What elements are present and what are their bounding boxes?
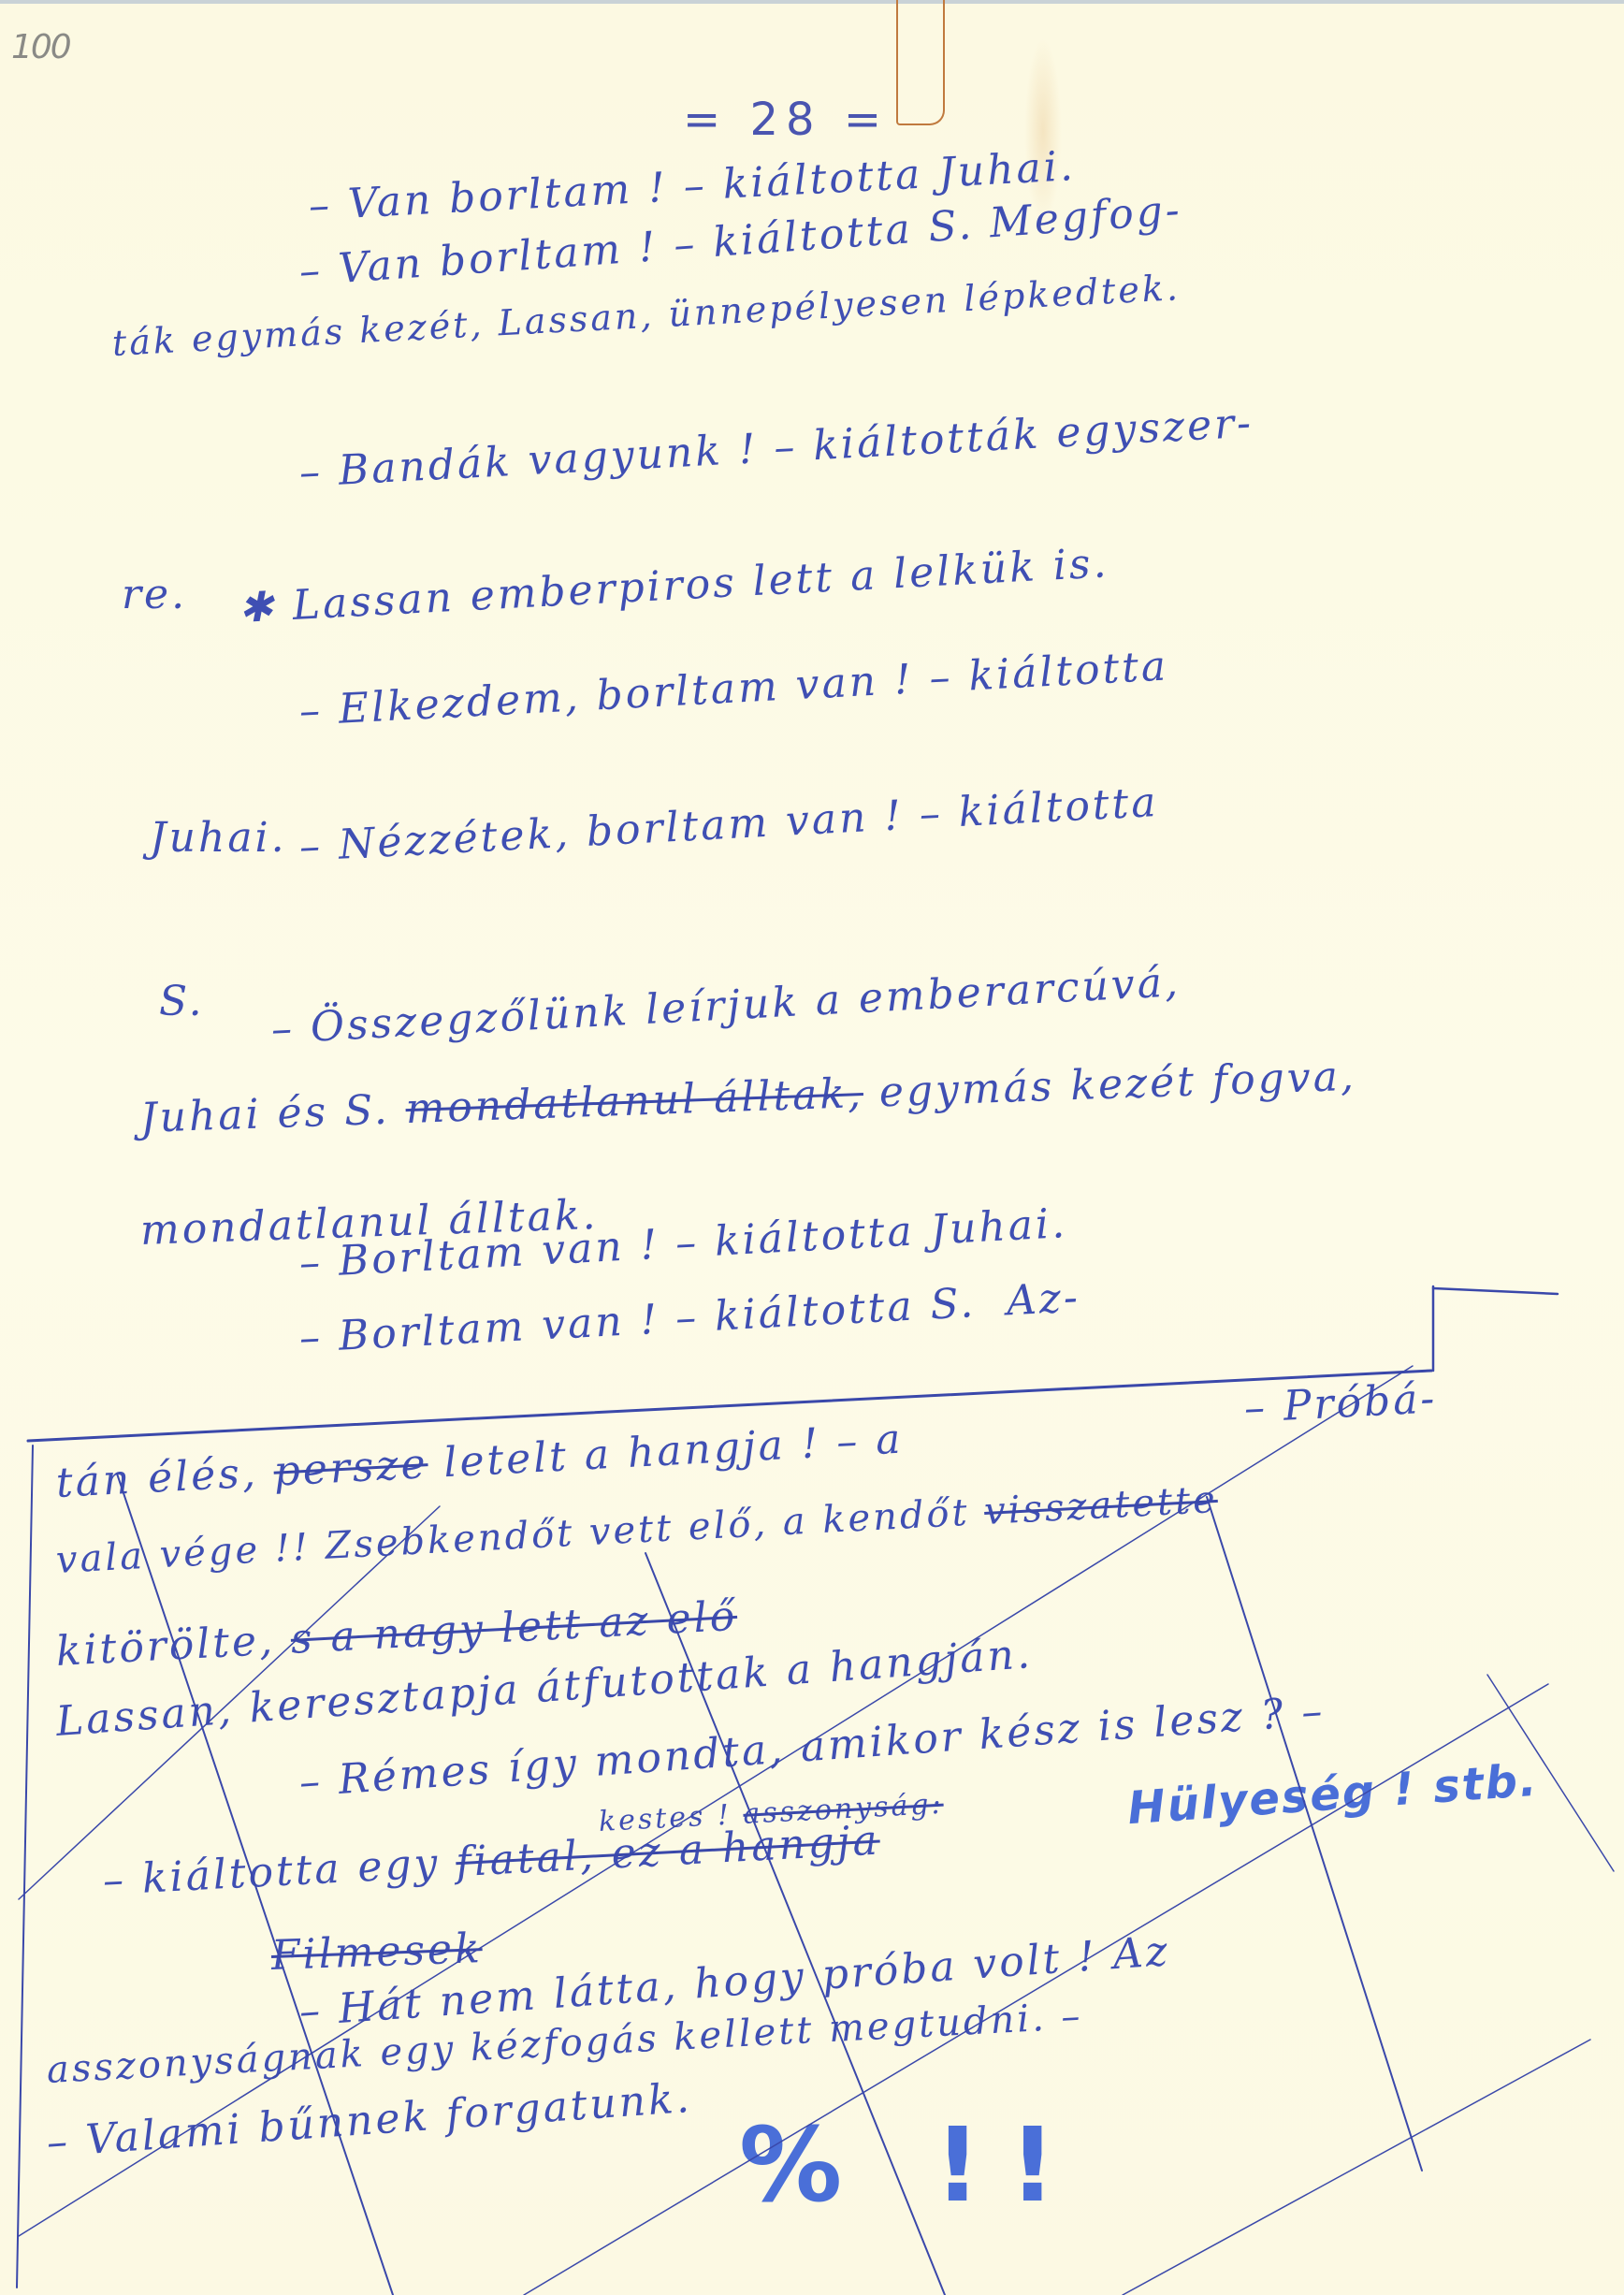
boxed-line-9-struck: Filmesek — [270, 1925, 483, 1980]
manuscript-line-4: – Bandák vagyunk ! – kiáltották egyszer- — [298, 399, 1255, 497]
boxed-line-3-seg-1: vala vége !! Zsebkendőt vett elő, a kend… — [55, 1490, 986, 1582]
manuscript-line-7: – Elkezdem, borltam van ! – kiáltotta — [298, 642, 1170, 735]
manuscript-line-12: Juhai és S. mondatlanul álltak, egymás k… — [139, 1053, 1357, 1142]
boxed-line-4-seg-1: kitörölte, — [55, 1616, 293, 1676]
manuscript-line-10: S. — [159, 978, 205, 1025]
boxed-line-2-seg-1: tán élés, — [55, 1448, 275, 1507]
line-15-continuation: Az- — [1006, 1273, 1081, 1325]
line-6-text: Lassan emberpiros lett a lelkük is. — [291, 539, 1109, 630]
manuscript-line-3: ták egymás kezét, Lassan, ünnepélyesen l… — [111, 267, 1182, 364]
manuscript-line-8: Juhai. — [150, 814, 287, 862]
line-15-text: – Borltam van ! – kiáltotta S. — [298, 1279, 978, 1362]
manuscript-line-15: – Borltam van ! – kiáltotta S. Az- — [298, 1273, 1081, 1362]
boxed-line-8-struck: fiatal, ez a hangja — [455, 1817, 881, 1887]
page-number: = 28 = — [683, 94, 889, 146]
annotation-note: Hülyeség ! stb. — [1126, 1754, 1540, 1836]
manuscript-line-5: re. — [122, 571, 187, 618]
manuscript-line-9: – Nézzétek, borltam van ! – kiáltotta — [298, 778, 1160, 871]
boxed-line-2-seg-3: letelt a hangja ! – a — [427, 1416, 905, 1489]
boxed-line-2: tán élés, persze letelt a hangja ! – a — [55, 1416, 905, 1507]
boxed-line-4-struck: s a nagy lett az elő — [290, 1592, 739, 1663]
line-12-seg-3: egymás kezét fogva, — [863, 1053, 1357, 1117]
page-top-edge — [0, 0, 1624, 4]
boxed-line-3-struck: visszatette — [983, 1478, 1219, 1533]
boxed-line-8-seg-1: – kiáltotta egy — [102, 1838, 457, 1905]
line-12-seg-1: Juhai és S. — [139, 1085, 406, 1142]
boxed-line-8: – kiáltotta egy fiatal, ez a hangja — [102, 1817, 881, 1905]
boxed-line-2-struck: persze — [272, 1440, 428, 1496]
bottom-exclamation-mark: % !! — [739, 2105, 1084, 2225]
margin-asterisk-icon: ✱ — [238, 583, 277, 632]
folio-number: 100 — [11, 28, 70, 66]
line-12-struck-text: mondatlanul álltak, — [405, 1069, 864, 1133]
paper-tab-marker — [896, 0, 945, 125]
boxed-line-1: – Próbá- — [1243, 1374, 1439, 1432]
manuscript-line-6: ✱Lassan emberpiros lett a lelkük is. — [238, 539, 1110, 632]
manuscript-line-11: – Összegzőlünk leírjuk a emberarcúvá, — [270, 958, 1182, 1053]
manuscript-page: 100 = 28 = – Van borltam ! – kiáltotta J… — [0, 0, 1624, 2295]
boxed-line-12: – Valami bűnnek forgatunk. — [45, 2074, 693, 2167]
